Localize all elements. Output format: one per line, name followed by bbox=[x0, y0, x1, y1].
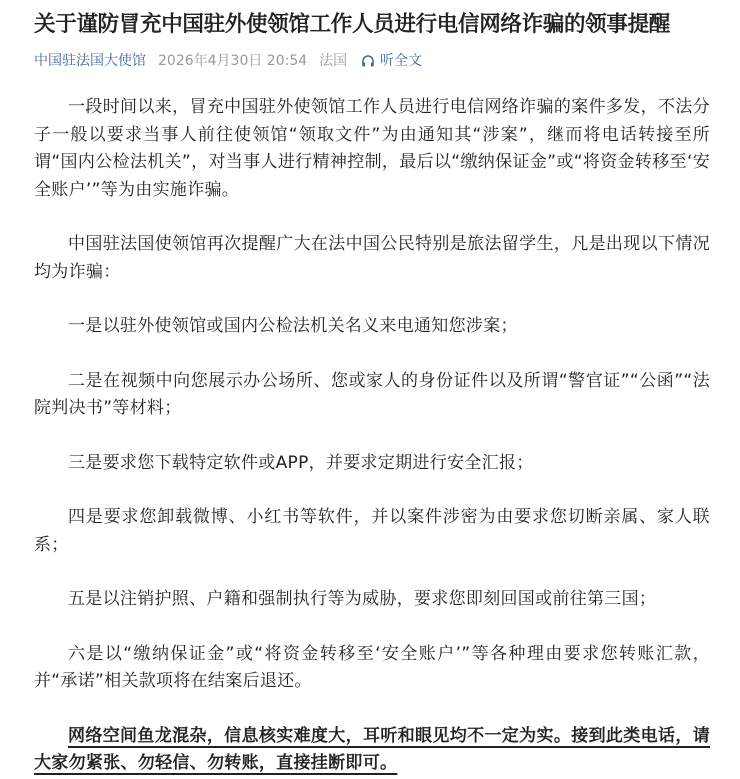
headphones-icon bbox=[361, 54, 375, 68]
source-link[interactable]: 中国驻法国大使馆 bbox=[34, 50, 146, 72]
publish-date: 2026年4月30日 20:54 bbox=[158, 50, 307, 72]
article-body: 一段时间以来，冒充中国驻外使领馆工作人员进行电信网络诈骗的案件多发，不法分子一般… bbox=[34, 94, 710, 778]
paragraph-item-5: 五是以注销护照、户籍和强制执行等为威胁，要求您即刻回国或前往第三国； bbox=[34, 586, 710, 614]
paragraph-emphasis: 网络空间鱼龙混杂，信息核实难度大，耳听和眼见均不一定为实。接到此类电话，请大家勿… bbox=[34, 723, 710, 778]
emphasis-text: 网络空间鱼龙混杂，信息核实难度大，耳听和眼见均不一定为实。接到此类电话，请大家勿… bbox=[34, 726, 710, 774]
paragraph-item-1: 一是以驻外使领馆或国内公检法机关名义来电通知您涉案； bbox=[34, 313, 710, 341]
paragraph-reminder: 中国驻法国使领馆再次提醒广大在法中国公民特别是旅法留学生，凡是出现以下情况均为诈… bbox=[34, 231, 710, 286]
article-title: 关于谨防冒充中国驻外使领馆工作人员进行电信网络诈骗的领事提醒 bbox=[34, 0, 710, 40]
listen-label: 听全文 bbox=[380, 50, 422, 72]
paragraph-item-6: 六是以“缴纳保证金”或“将资金转移至‘安全账户’”等各种理由要求您转账汇款，并“… bbox=[34, 641, 710, 696]
paragraph-item-3: 三是要求您下载特定软件或APP，并要求定期进行安全汇报； bbox=[34, 450, 710, 478]
paragraph-item-2: 二是在视频中向您展示办公场所、您或家人的身份证件以及所谓“警官证”“公函”“法院… bbox=[34, 368, 710, 423]
region-label: 法国 bbox=[319, 50, 347, 72]
article: 关于谨防冒充中国驻外使领馆工作人员进行电信网络诈骗的领事提醒 中国驻法国大使馆 … bbox=[0, 0, 740, 778]
listen-button[interactable]: 听全文 bbox=[361, 50, 422, 72]
paragraph-item-4: 四是要求您卸载微博、小红书等软件，并以案件涉密为由要求您切断亲属、家人联系； bbox=[34, 504, 710, 559]
article-meta: 中国驻法国大使馆 2026年4月30日 20:54 法国 听全文 bbox=[34, 50, 710, 72]
paragraph-intro: 一段时间以来，冒充中国驻外使领馆工作人员进行电信网络诈骗的案件多发，不法分子一般… bbox=[34, 94, 710, 204]
